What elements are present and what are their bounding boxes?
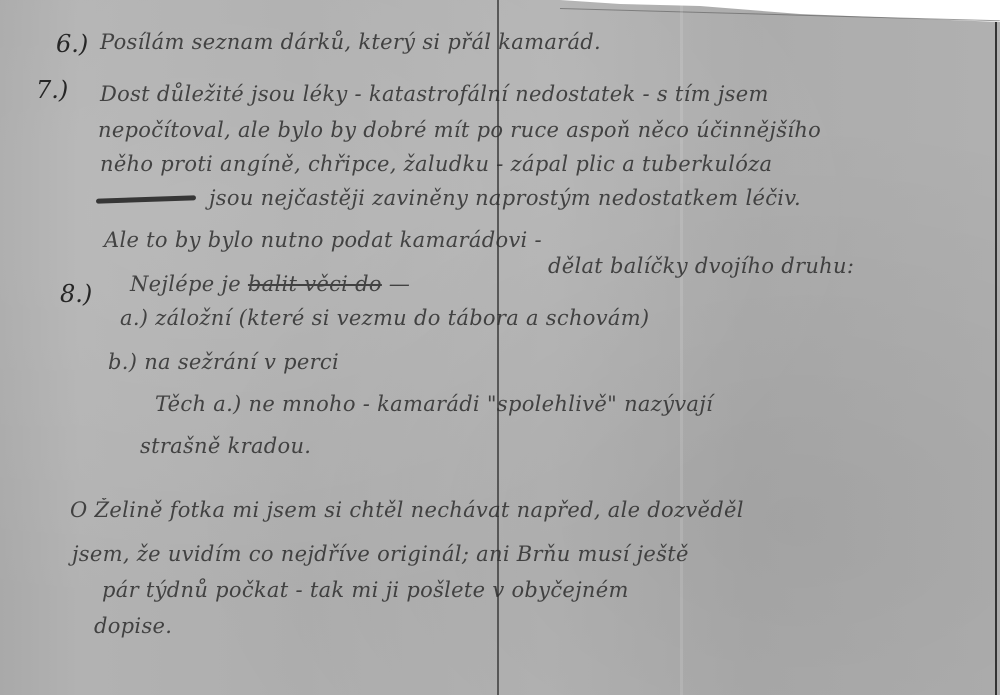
subitem-b-label: b.) bbox=[108, 350, 137, 374]
item-7-line-4-text: jsou nejčastěji zaviněny naprostým nedos… bbox=[209, 186, 801, 210]
item-number-7: 7.) bbox=[36, 76, 68, 104]
subitem-a-label: a.) bbox=[120, 306, 148, 330]
item-6-line-1: Posílám seznam dárků, který si přál kama… bbox=[100, 30, 601, 54]
subitem-a-text: záložní (které si vezmu do tábora a scho… bbox=[155, 306, 649, 330]
item-8-line-1-continued: dělat balíčky dvojího druhu: bbox=[548, 254, 854, 278]
right-paper-edge bbox=[995, 22, 997, 695]
subitem-b: b.) na sežrání v perci bbox=[108, 350, 339, 374]
item-8-continuation-2: strašně kradou. bbox=[140, 434, 311, 458]
item-7-line-4: jsou nejčastěji zaviněny naprostým nedos… bbox=[92, 186, 801, 211]
subitem-a: a.) záložní (které si vezmu do tábora a … bbox=[120, 306, 649, 330]
item-8-lead-text: Nejlépe je bbox=[130, 272, 248, 296]
item-7-line-3: něho proti angíně, chřipce, žaludku - zá… bbox=[100, 152, 772, 176]
item-number-8: 8.) bbox=[60, 280, 92, 308]
struck-through-text: balit věci do bbox=[248, 272, 382, 296]
closing-line-3: pár týdnů počkat - tak mi ji pošlete v o… bbox=[102, 578, 629, 602]
item-8-line-1: Nejlépe je balit věci do — bbox=[130, 272, 410, 296]
closing-line-2: jsem, že uvidím co nejdříve originál; an… bbox=[72, 542, 689, 566]
item-7-line-1: Dost důležité jsou léky - katastrofální … bbox=[100, 82, 769, 106]
item-7-line-2: nepočítoval, ale bylo by dobré mít po ru… bbox=[98, 118, 821, 142]
item-7-line-5: Ale to by bylo nutno podat kamarádovi - bbox=[104, 228, 542, 252]
item-number-6: 6.) bbox=[56, 30, 88, 58]
item-8-continuation-1: Těch a.) ne mnoho - kamarádi "spolehlivě… bbox=[155, 392, 713, 416]
closing-line-4: dopise. bbox=[94, 614, 172, 638]
item-8-dash: — bbox=[382, 272, 410, 296]
closing-line-1: O Želině fotka mi jsem si chtěl nechávat… bbox=[70, 498, 744, 522]
subitem-b-text: na sežrání v perci bbox=[144, 350, 339, 374]
scribbled-out-word bbox=[92, 189, 202, 211]
